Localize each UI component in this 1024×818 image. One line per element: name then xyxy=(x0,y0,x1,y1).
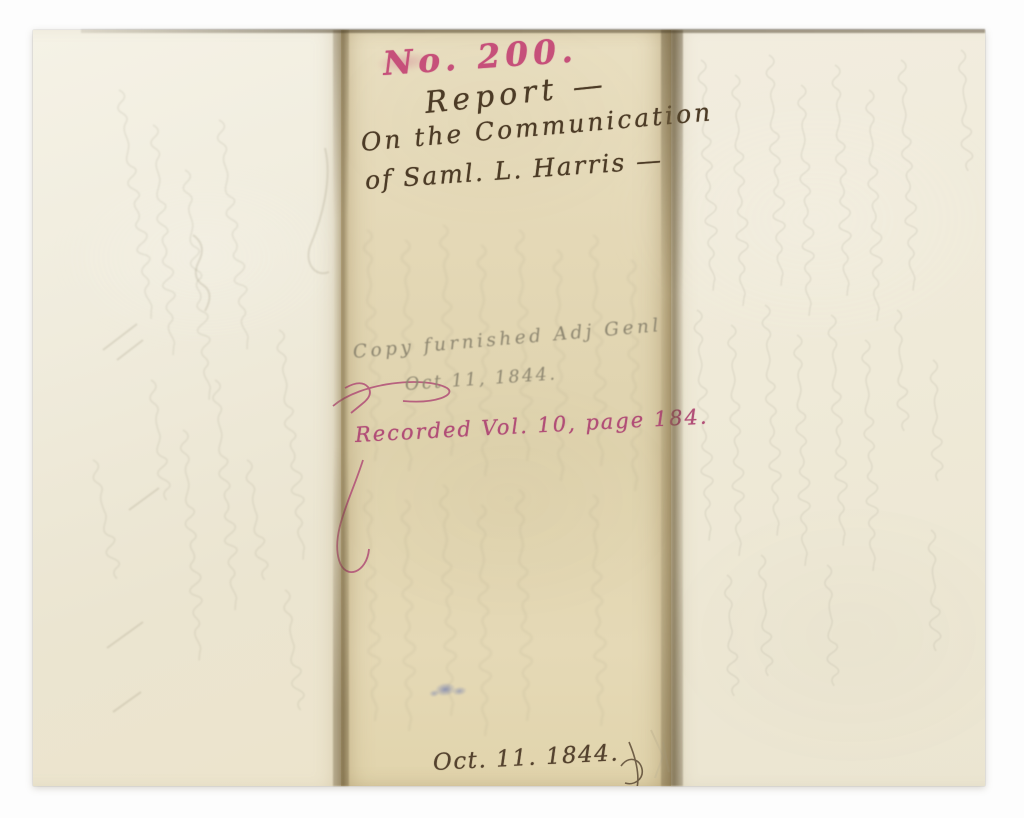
panel-left-folded xyxy=(33,30,341,786)
scan-backdrop: No. 200. Report — On the Communication o… xyxy=(0,0,1024,818)
panel-right-folded xyxy=(671,30,985,786)
document-paper: No. 200. Report — On the Communication o… xyxy=(33,30,985,786)
